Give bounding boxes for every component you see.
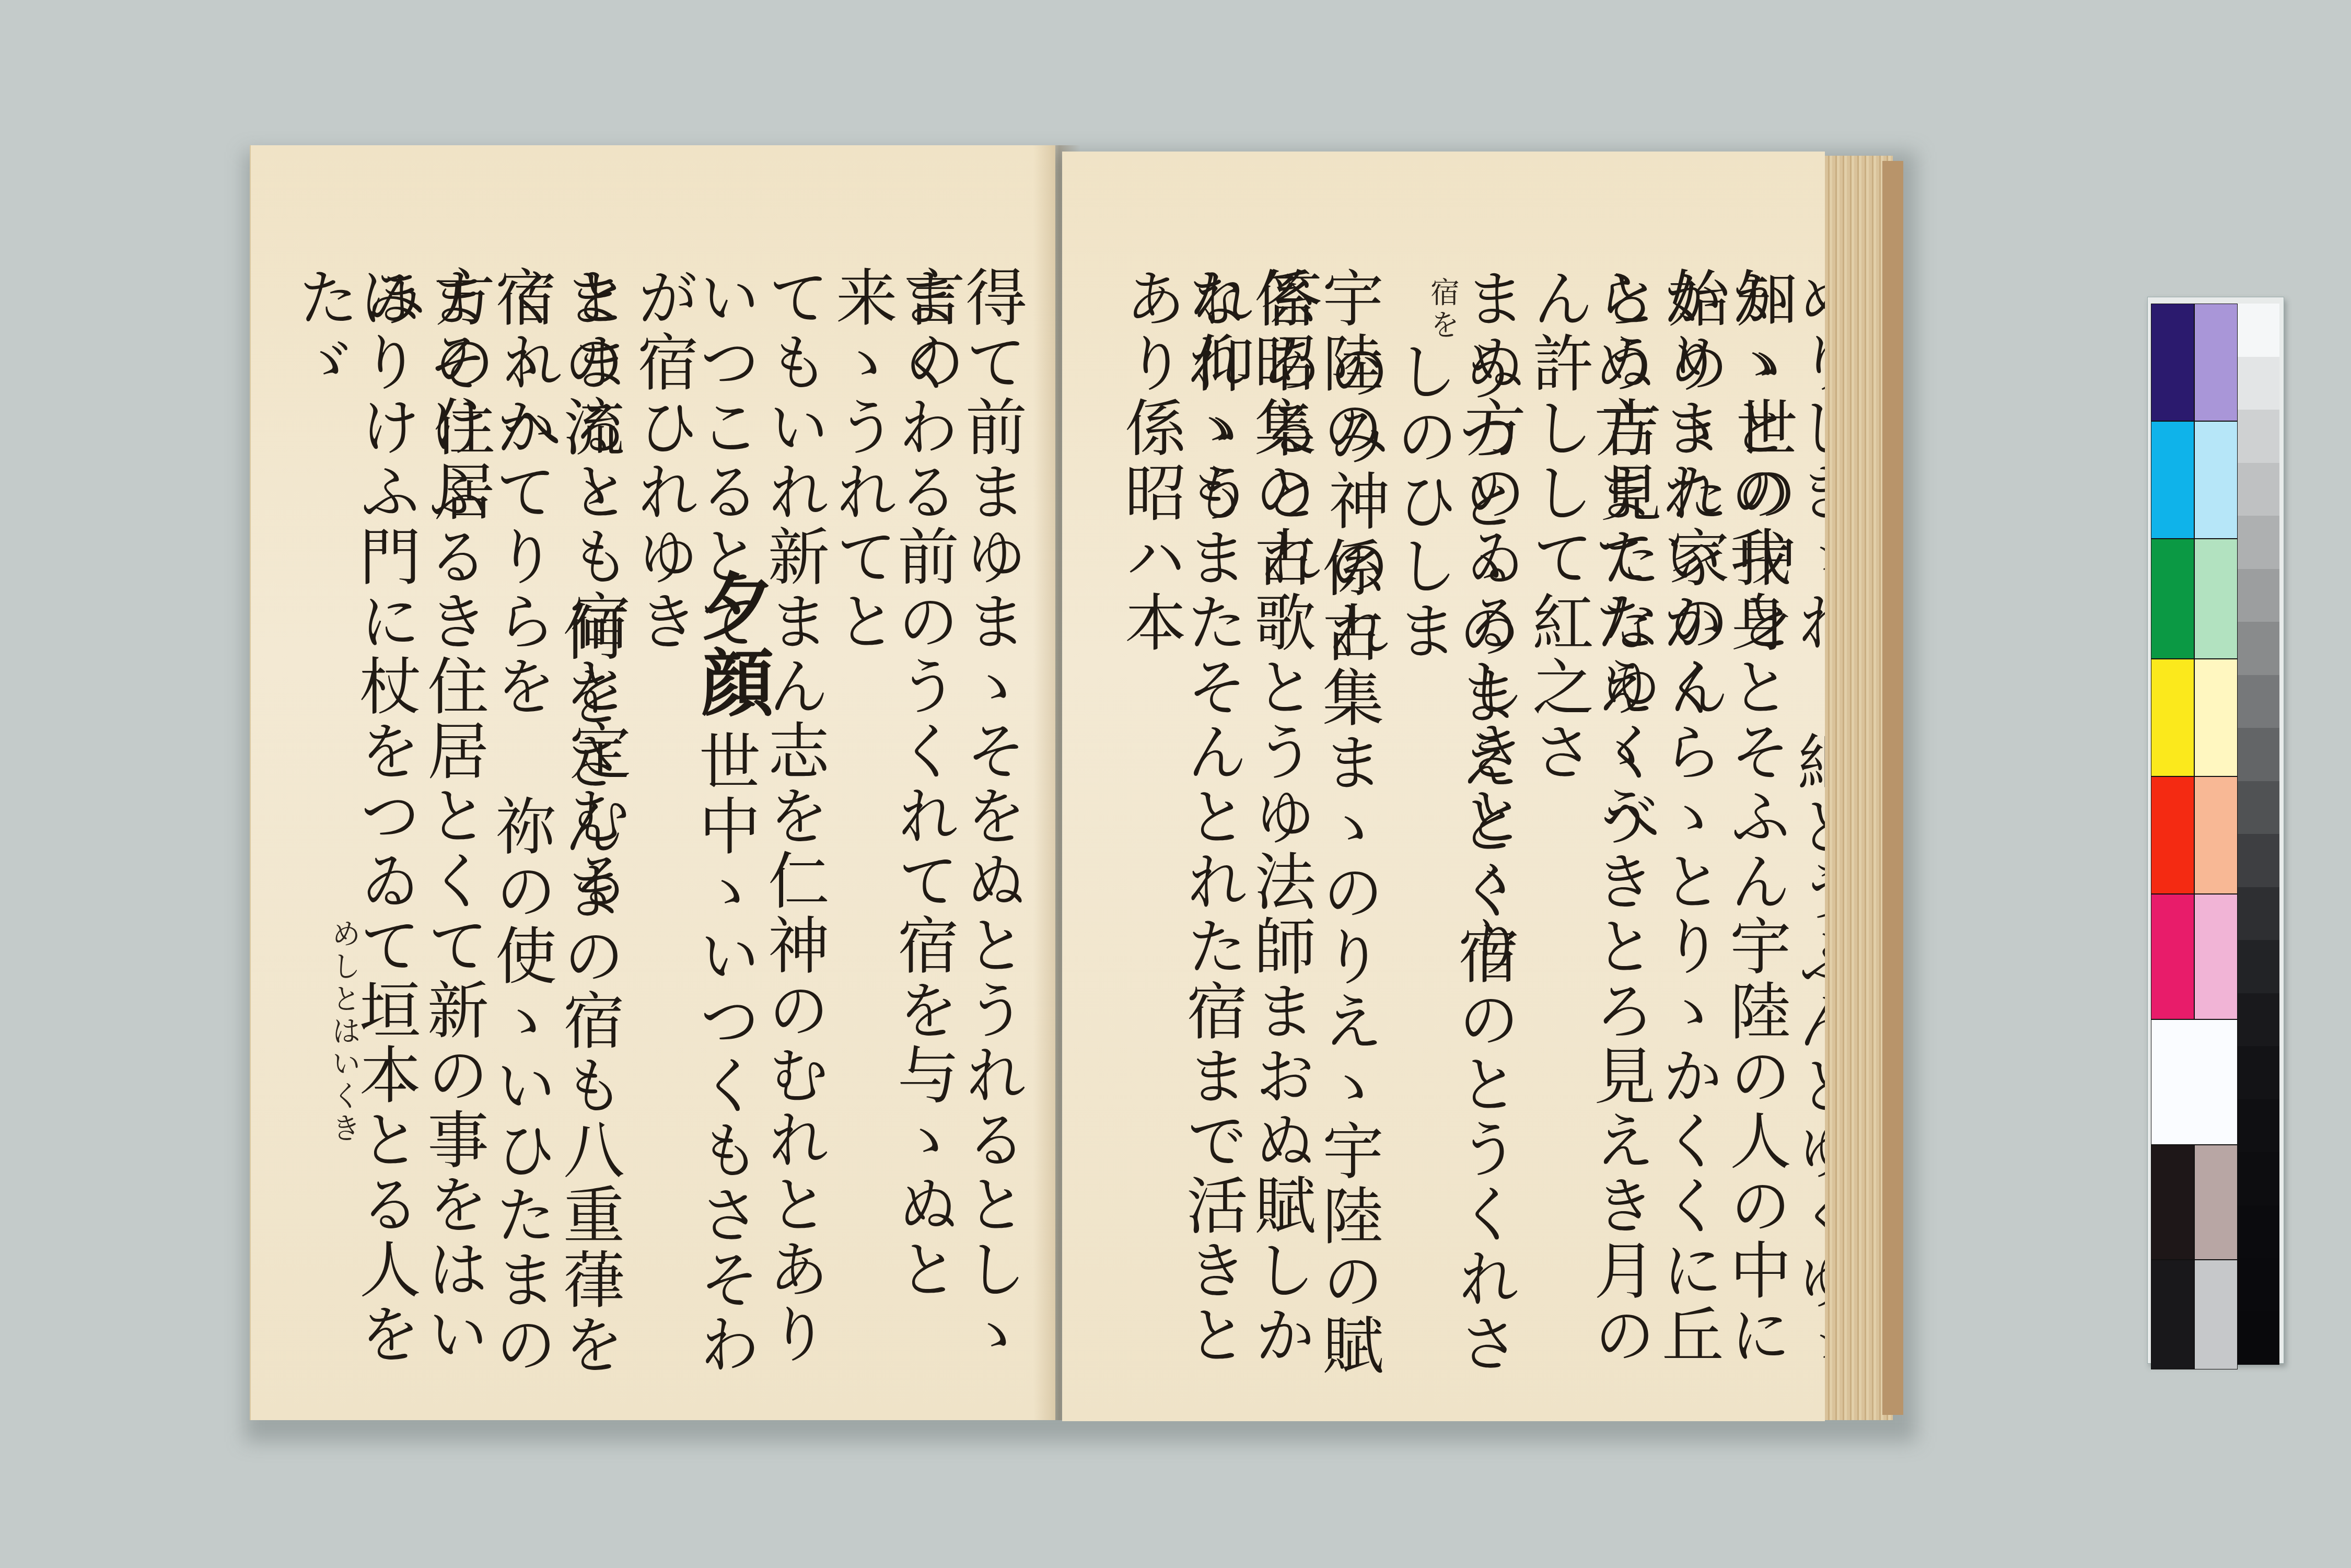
color-patch xyxy=(2151,776,2194,894)
gray-step xyxy=(2238,1205,2279,1259)
color-patch xyxy=(2194,659,2238,776)
text-column: ほりけふ門に杖をつゐて垣本とる人をたゞ xyxy=(293,265,416,1420)
gray-step xyxy=(2238,304,2279,357)
gray-step xyxy=(2238,834,2279,888)
interlinear-note: めしとはいくき xyxy=(329,919,358,1145)
color-patch xyxy=(2151,659,2194,776)
interlinear-note: 宿を xyxy=(1428,277,1457,342)
color-patch xyxy=(2194,421,2238,539)
color-patch xyxy=(2151,1145,2194,1260)
open-book: 得て前まゆまゝそをぬとうれるとしゝ言の まくわる前のうくれて宿を与ゝぬと来ゝうれ… xyxy=(250,145,1906,1431)
gray-step xyxy=(2238,940,2279,994)
text-column: いつこるとて 世中ゝいつくもさそわが宿ひれゆき xyxy=(632,265,755,1420)
color-calibration-chart xyxy=(2147,297,2284,1364)
color-patch xyxy=(2194,304,2238,421)
color-patch xyxy=(2194,539,2238,659)
text-column: まくわる前のうくれて宿を与ゝぬと来ゝうれてと xyxy=(831,265,954,1420)
right-page: めりしきゝれ 細とうふんとゆくゆゝ知ゝ世の中と かゝとの我身とそふん宇陸の人の中… xyxy=(1062,152,1825,1421)
text-column: てもいれ新まん志を仁神のむれとあり xyxy=(763,265,824,1367)
gray-step xyxy=(2238,887,2279,941)
color-patch xyxy=(2194,776,2238,894)
gray-step xyxy=(2238,728,2279,782)
color-patch xyxy=(2151,894,2194,1019)
color-patch xyxy=(2151,421,2194,539)
gray-step xyxy=(2238,516,2279,570)
gray-step xyxy=(2238,1099,2279,1153)
color-patch xyxy=(2194,1260,2238,1369)
gray-step xyxy=(2238,781,2279,835)
text-column: うつとゝのまえとく宿のとうくれさしのひしま xyxy=(1391,340,1515,1421)
color-patch xyxy=(2194,894,2238,1019)
gray-step xyxy=(2238,1311,2279,1365)
text-column: らぬ方まてたえゝうきとろ見えき月のん許しして紅之さ xyxy=(1527,266,1650,1421)
gray-step xyxy=(2238,357,2279,411)
gray-step xyxy=(2238,622,2279,676)
gray-step xyxy=(2238,1152,2279,1206)
color-patch xyxy=(2151,1260,2194,1369)
gray-step xyxy=(2238,675,2279,729)
text-column: なれゝもまたそんとれた宿まで活きとあり係昭ハ本 xyxy=(1120,266,1243,1421)
gray-step xyxy=(2238,993,2279,1047)
color-patch xyxy=(2194,1145,2238,1260)
book-cover-edge xyxy=(1882,161,1903,1415)
left-page: 得て前まゆまゝそをぬとうれるとしゝ言の まくわる前のうくれて宿を与ゝぬと来ゝうれ… xyxy=(250,145,1055,1420)
color-patch xyxy=(2151,304,2194,421)
gray-step xyxy=(2238,1046,2279,1100)
gray-step xyxy=(2238,1258,2279,1312)
gray-step xyxy=(2238,569,2279,623)
gray-step xyxy=(2238,463,2279,517)
gray-step xyxy=(2238,410,2279,463)
color-patch-white xyxy=(2151,1019,2238,1145)
color-patch xyxy=(2151,539,2194,659)
